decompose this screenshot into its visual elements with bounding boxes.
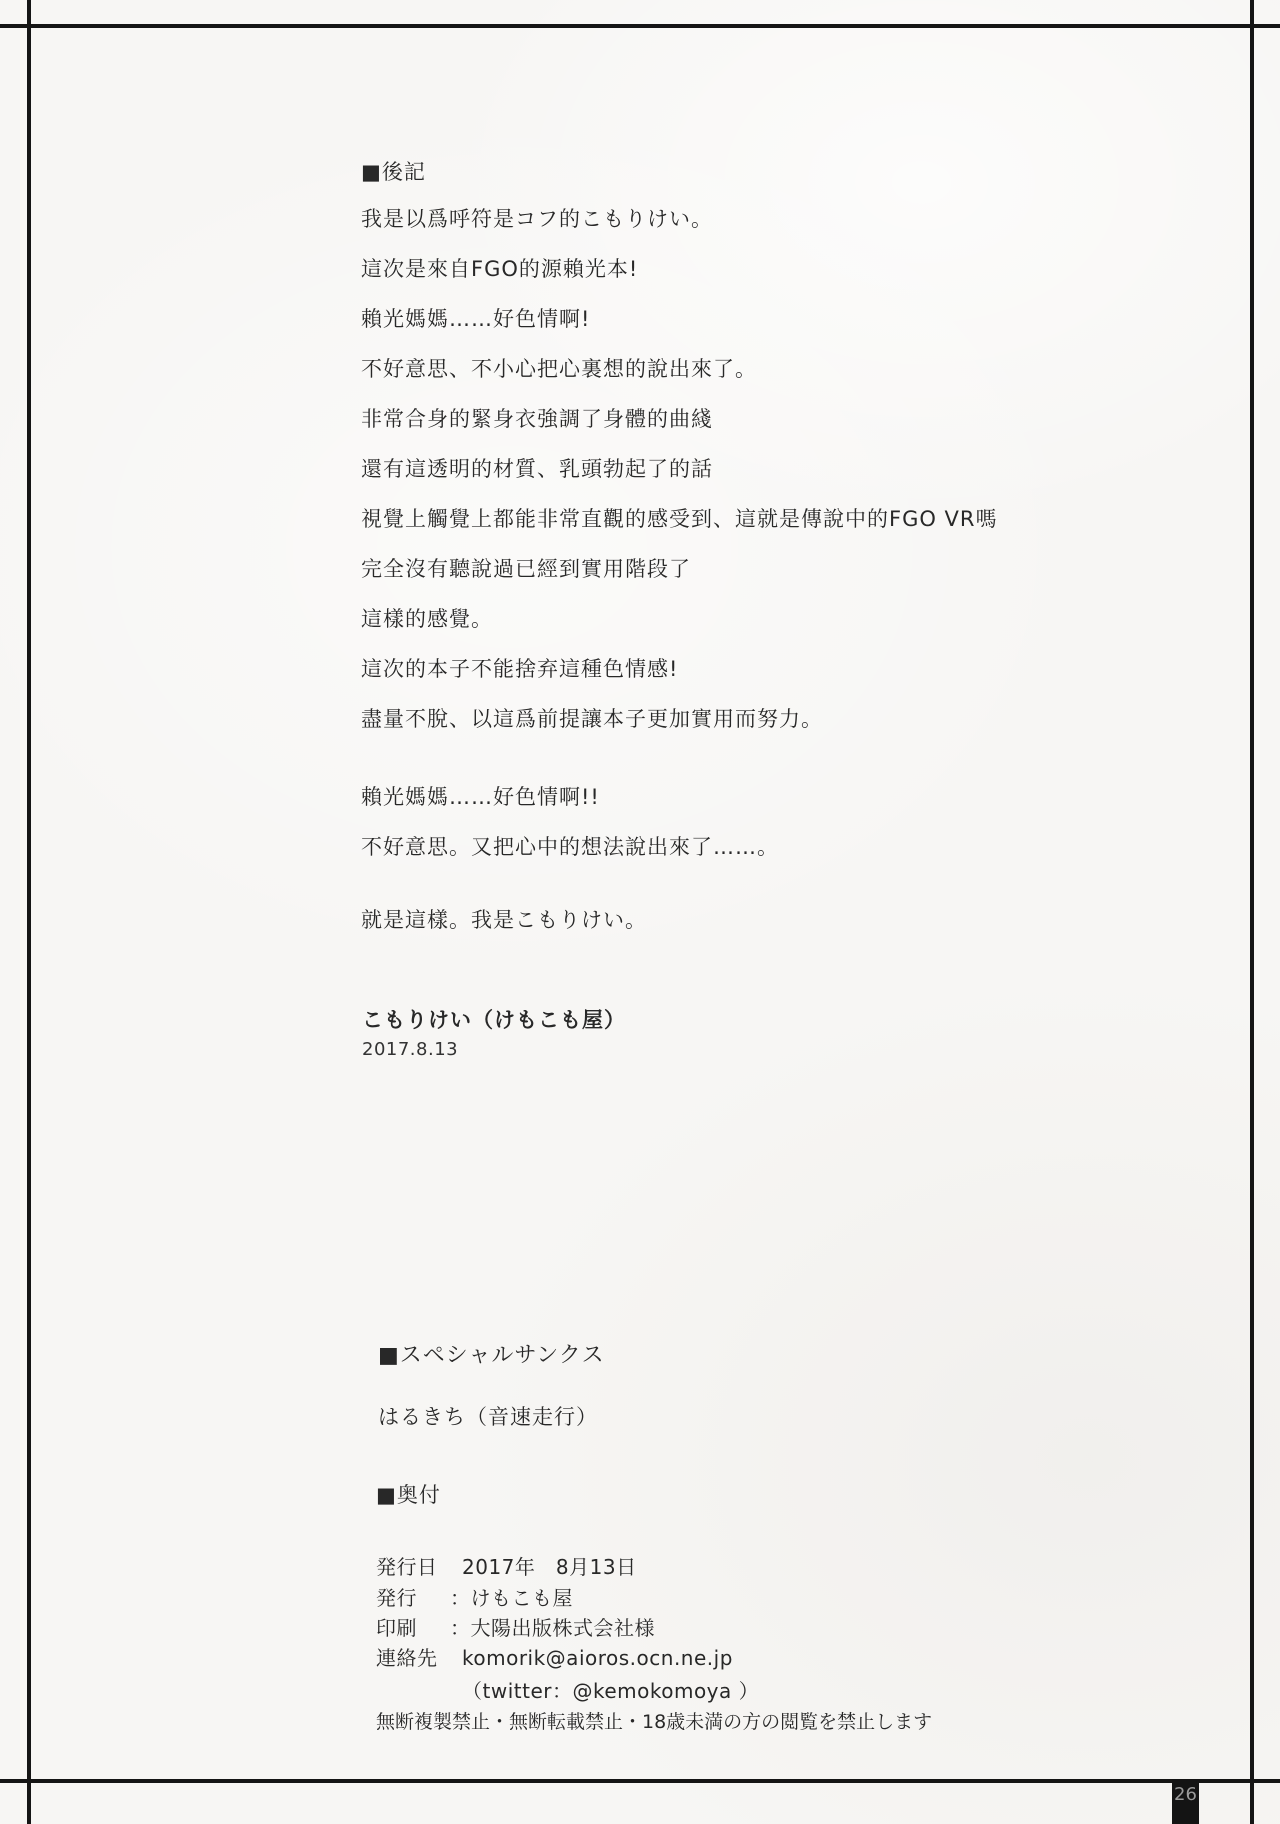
- afterword-line: 非常合身的緊身衣強調了身體的曲綫: [361, 407, 713, 431]
- colophon-value: ：大陽出版株式会社様: [450, 1617, 655, 1640]
- special-thanks-heading: ■スペシャルサンクス: [378, 1343, 605, 1368]
- scanned-page: ■後記 我是以爲呼符是コフ的こもりけい。 這次是來自FGO的源賴光本! 賴光媽媽…: [0, 0, 1280, 1824]
- colophon-value: 2017年 8月13日: [462, 1556, 637, 1579]
- afterword-line: 賴光媽媽……好色情啊!!: [361, 785, 600, 809]
- afterword-line: 就是這樣。我是こもりけい。: [361, 908, 647, 932]
- colophon-label: 印刷: [376, 1617, 417, 1640]
- colophon-label: 発行日: [376, 1556, 438, 1579]
- colophon-label: 発行: [376, 1587, 417, 1610]
- author-signature: こもりけい（けもこも屋）: [362, 1008, 626, 1032]
- frame-line-left: [27, 0, 31, 1824]
- colophon-value: ：けもこも屋: [450, 1587, 573, 1610]
- signature-date: 2017.8.13: [362, 1040, 458, 1061]
- colophon-value: （twitter：@kemokomoya ）: [462, 1680, 759, 1703]
- afterword-line: 不好意思。又把心中的想法說出來了……。: [361, 835, 779, 859]
- frame-line-bottom: [0, 1779, 1280, 1783]
- afterword-line: 完全沒有聽說過已經到實用階段了: [361, 557, 691, 581]
- frame-line-top: [0, 24, 1280, 28]
- page-number-tab: 26: [1172, 1779, 1199, 1824]
- afterword-line: 我是以爲呼符是コフ的こもりけい。: [361, 207, 713, 231]
- afterword-line: 這樣的感覺。: [361, 607, 493, 631]
- page-number: 26: [1172, 1786, 1199, 1804]
- afterword-line: 視覺上觸覺上都能非常直觀的感受到、這就是傳說中的FGO VR嗎: [361, 507, 998, 531]
- afterword-heading: ■後記: [361, 160, 426, 184]
- colophon-value: komorik@aioros.ocn.ne.jp: [462, 1647, 733, 1670]
- frame-line-right: [1250, 0, 1254, 1824]
- copyright-notice: 無断複製禁止・無断転載禁止・18歳未満の方の閲覧を禁止します: [376, 1712, 932, 1734]
- afterword-line: 這次是來自FGO的源賴光本!: [361, 257, 638, 281]
- colophon-heading: ■奥付: [376, 1483, 441, 1507]
- afterword-line: 賴光媽媽……好色情啊!: [361, 307, 590, 331]
- afterword-line: 這次的本子不能捨弃這種色情感!: [361, 657, 678, 681]
- afterword-line: 盡量不脫、以這爲前提讓本子更加實用而努力。: [361, 707, 823, 731]
- afterword-line: 不好意思、不小心把心裏想的說出來了。: [361, 357, 757, 381]
- colophon-label: 連絡先: [376, 1647, 438, 1670]
- special-thanks-name: はるきち（音速走行）: [378, 1405, 598, 1429]
- afterword-line: 還有這透明的材質、乳頭勃起了的話: [361, 457, 713, 481]
